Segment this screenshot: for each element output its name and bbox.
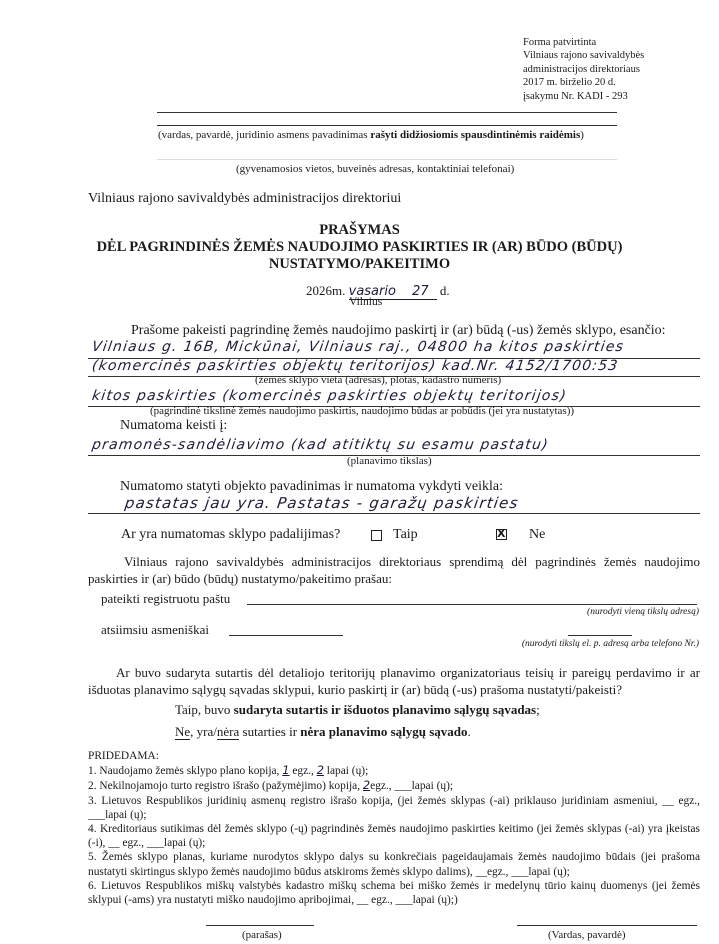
option-bold-text: nėra planavimo sąlygų sąvado	[300, 724, 467, 739]
item-text: lapai (ų);	[412, 780, 453, 792]
mail-label: pateikti registruotu paštu	[101, 591, 230, 607]
decision-text: Vilniaus rajono savivaldybės administrac…	[88, 553, 700, 587]
personal-field-right[interactable]	[568, 635, 632, 636]
location-caption: (žemės sklypo vieta (adresas), plotas, k…	[255, 374, 501, 386]
attachment-item-3: 3. Lietuvos Respublikos juridinių asmenų…	[88, 794, 700, 822]
object-value: pastatas jau yra. Pastatas - garažų pask…	[124, 494, 520, 512]
signer-name-caption: (Vardas, pavardė)	[548, 929, 626, 941]
document-subtitle-line2: NUSTATYMO/PAKEITIMO	[0, 256, 719, 273]
division-no-checkbox[interactable]	[496, 529, 507, 540]
date-day: 27	[412, 284, 429, 299]
attachments-list: PRIDEDAMA: 1. Naudojamo žemės sklypo pla…	[88, 749, 700, 907]
option-text: sutarties ir	[239, 724, 300, 739]
option-nera-underlined: nėra	[217, 724, 239, 740]
applicant-name-field-line2[interactable]	[157, 125, 617, 126]
approval-line: įsakymu Nr. KADI - 293	[523, 90, 644, 103]
approval-line: 2017 m. birželio 20 d.	[523, 76, 644, 89]
object-label: Numatomo statyti objekto pavadinimas ir …	[120, 479, 503, 495]
object-field[interactable]	[88, 513, 700, 514]
change-to-label: Numatoma keisti į:	[120, 418, 227, 434]
approval-line: Forma patvirtinta	[523, 36, 644, 49]
personal-field-left[interactable]	[229, 635, 343, 636]
form-approval-note: Forma patvirtinta Vilniaus rajono saviva…	[523, 36, 644, 103]
attachment-item-1: 1. Naudojamo žemės sklypo plano kopija, …	[88, 763, 700, 778]
current-use-caption: (pagrindinė tikslinė žemės naudojimo pas…	[150, 405, 574, 417]
division-yes-label: Taip	[393, 527, 418, 543]
item-text: egz.,	[290, 765, 317, 777]
copies-field[interactable]: 1	[282, 763, 289, 777]
location-value-line2: (komercinės paskirties objektų teritorij…	[91, 358, 620, 374]
division-no-label: Ne	[529, 527, 545, 543]
option-text: .	[468, 724, 471, 739]
agreement-option-yes: Taip, buvo sudaryta sutartis ir išduotos…	[175, 702, 540, 718]
item-text: egz.,	[370, 780, 394, 792]
applicant-address-field[interactable]	[157, 159, 617, 160]
mail-address-field[interactable]	[247, 604, 697, 605]
attachments-heading: PRIDEDAMA:	[88, 749, 700, 763]
option-text: Taip, buvo	[175, 702, 234, 717]
option-bold-text: sudaryta sutartis ir išduotos planavimo …	[234, 702, 536, 717]
division-question: Ar yra numatomas sklypo padalijimas?	[121, 527, 340, 543]
attachment-item-5: 5. Žemės sklypo planas, kuriame nurodyto…	[88, 850, 700, 878]
caption-bold-text: rašyti didžiosiomis spausdintinėmis raid…	[370, 129, 580, 141]
attachment-item-6: 6. Lietuvos Respublikos miškų valstybės …	[88, 879, 700, 907]
signature-caption: (parašas)	[242, 929, 282, 941]
attachment-item-2: 2. Nekilnojamojo turto registro išrašo (…	[88, 778, 700, 793]
attachment-item-4: 4. Kreditoriaus sutikimas dėl žemės skly…	[88, 822, 700, 850]
personal-label: atsiimsiu asmeniškai	[101, 622, 209, 638]
mail-caption: (nurodyti vieną tikslų adresą)	[587, 607, 699, 617]
city: Vilnius	[349, 296, 382, 308]
applicant-address-caption: (gyvenamosios vietos, buveinės adresas, …	[236, 163, 514, 175]
personal-caption: (nurodyti tikslų el. p. adresą arba tele…	[522, 639, 699, 649]
change-to-caption: (planavimo tikslas)	[347, 455, 432, 467]
change-to-value: pramonės-sandėliavimo (kad atitiktų su e…	[91, 437, 550, 453]
item-text: 2. Nekilnojamojo turto registro išrašo (…	[88, 780, 363, 792]
applicant-name-caption: (vardas, pavardė, juridinio asmens pavad…	[158, 129, 584, 141]
signature-field[interactable]	[206, 925, 314, 926]
option-no-underlined: Ne	[175, 724, 190, 740]
document-title: PRAŠYMAS	[0, 222, 719, 239]
option-text: ;	[536, 702, 540, 717]
division-yes-checkbox[interactable]	[371, 530, 382, 541]
date-day-suffix: d.	[440, 283, 450, 298]
agreement-question: Ar buvo sudaryta sutartis dėl detaliojo …	[88, 664, 700, 698]
option-text: , yra/	[190, 724, 217, 739]
item-text: 1. Naudojamo žemės sklypo plano kopija,	[88, 765, 282, 777]
date-year-suffix: m.	[332, 283, 345, 298]
location-value-line1: Vilniaus g. 16B, Mickūnai, Vilniaus raj.…	[91, 339, 625, 355]
signer-name-field[interactable]	[517, 925, 697, 926]
agreement-option-no: Ne, yra/nėra sutarties ir nėra planavimo…	[175, 724, 471, 740]
recipient: Vilniaus rajono savivaldybės administrac…	[88, 191, 401, 207]
current-use-value: kitos paskirties (komercinės paskirties …	[91, 388, 568, 404]
item-text: lapai (ų);	[324, 765, 368, 777]
sheets-field[interactable]: 2	[317, 763, 324, 777]
approval-line: administracijos direktoriaus	[523, 63, 644, 76]
date-year: 2026	[306, 283, 332, 298]
caption-text: (vardas, pavardė, juridinio asmens pavad…	[158, 129, 370, 141]
caption-text: )	[580, 129, 584, 141]
sheets-field[interactable]: ___	[395, 780, 412, 792]
approval-line: Vilniaus rajono savivaldybės	[523, 49, 644, 62]
applicant-name-field-line1[interactable]	[157, 112, 617, 113]
request-intro: Prašome pakeisti pagrindinę žemės naudoj…	[131, 323, 666, 339]
document-subtitle-line1: DĖL PAGRINDINĖS ŽEMĖS NAUDOJIMO PASKIRTI…	[0, 239, 719, 256]
